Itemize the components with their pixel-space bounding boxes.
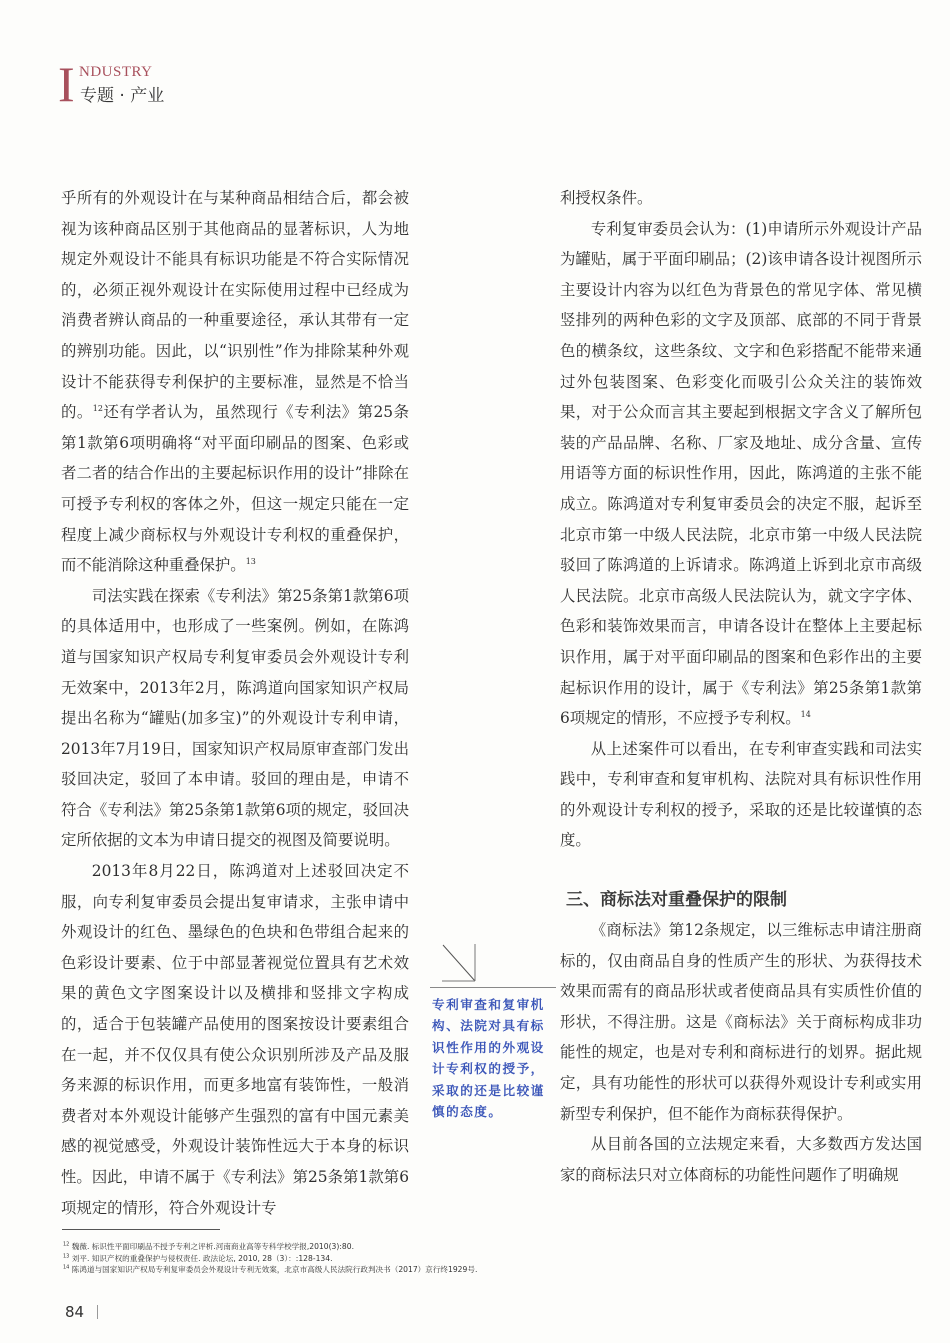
header-initial: I	[58, 62, 75, 106]
paragraph: 2013年8月22日，陈鸿道对上述驳回决定不服，向专利复审委员会提出复审请求，主…	[61, 856, 409, 1223]
pull-quote-rule	[430, 987, 556, 988]
footnote: 13 刘平. 知识产权的重叠保护与侵权责任. 政法论坛, 2010, 28（3）…	[63, 1253, 563, 1265]
header-chinese: 专题 · 产业	[80, 81, 164, 106]
footnote-ref: 12	[93, 404, 103, 413]
paragraph: 从上述案件可以看出，在专利审查实践和司法实践中，专利审查和复审机构、法院对具有标…	[560, 734, 922, 856]
right-column: 利授权条件。 专利复审委员会认为：(1)申请所示外观设计产品为罐贴，属于平面印刷…	[560, 183, 922, 1190]
pull-quote-text: 专利审查和复审机构、法院对具有标识性作用的外观设计专利权的授予，采取的还是比较谨…	[432, 994, 558, 1122]
footnote: 14 陈鸿道与国家知识产权局专利复审委员会外观设计专利无效案，北京市高级人民法院…	[63, 1264, 563, 1276]
header-english: NDUSTRY	[79, 64, 153, 81]
corner-arrow-icon	[442, 944, 476, 982]
paragraph: 利授权条件。	[560, 183, 922, 214]
page-number-divider	[97, 1305, 98, 1319]
footnote-divider	[62, 1229, 220, 1230]
paragraph: 《商标法》第12条规定，以三维标志申请注册商标的，仅由商品自身的性质产生的形状、…	[560, 915, 922, 1129]
section-title: 三、商标法对重叠保护的限制	[566, 885, 922, 915]
footnote: 12 魏薇. 标识性平面印刷品不授予专利之评析.河南商业高等专科学校学报,201…	[63, 1241, 563, 1253]
footnotes: 12 魏薇. 标识性平面印刷品不授予专利之评析.河南商业高等专科学校学报,201…	[63, 1241, 563, 1276]
paragraph: 从目前各国的立法规定来看，大多数西方发达国家的商标法只对立体商标的功能性问题作了…	[560, 1129, 922, 1190]
paragraph: 专利复审委员会认为：(1)申请所示外观设计产品为罐贴，属于平面印刷品；(2)该申…	[560, 214, 922, 734]
page-number: 84	[65, 1303, 84, 1321]
footnote-ref: 13	[246, 557, 256, 566]
paragraph: 司法实践在探索《专利法》第25条第1款第6项的具体适用中，也形成了一些案例。例如…	[61, 581, 409, 856]
paragraph: 乎所有的外观设计在与某种商品相结合后，都会被视为该种商品区别于其他商品的显著标识…	[61, 183, 409, 581]
footnote-ref: 14	[801, 710, 811, 719]
left-column: 乎所有的外观设计在与某种商品相结合后，都会被视为该种商品区别于其他商品的显著标识…	[61, 183, 409, 1223]
